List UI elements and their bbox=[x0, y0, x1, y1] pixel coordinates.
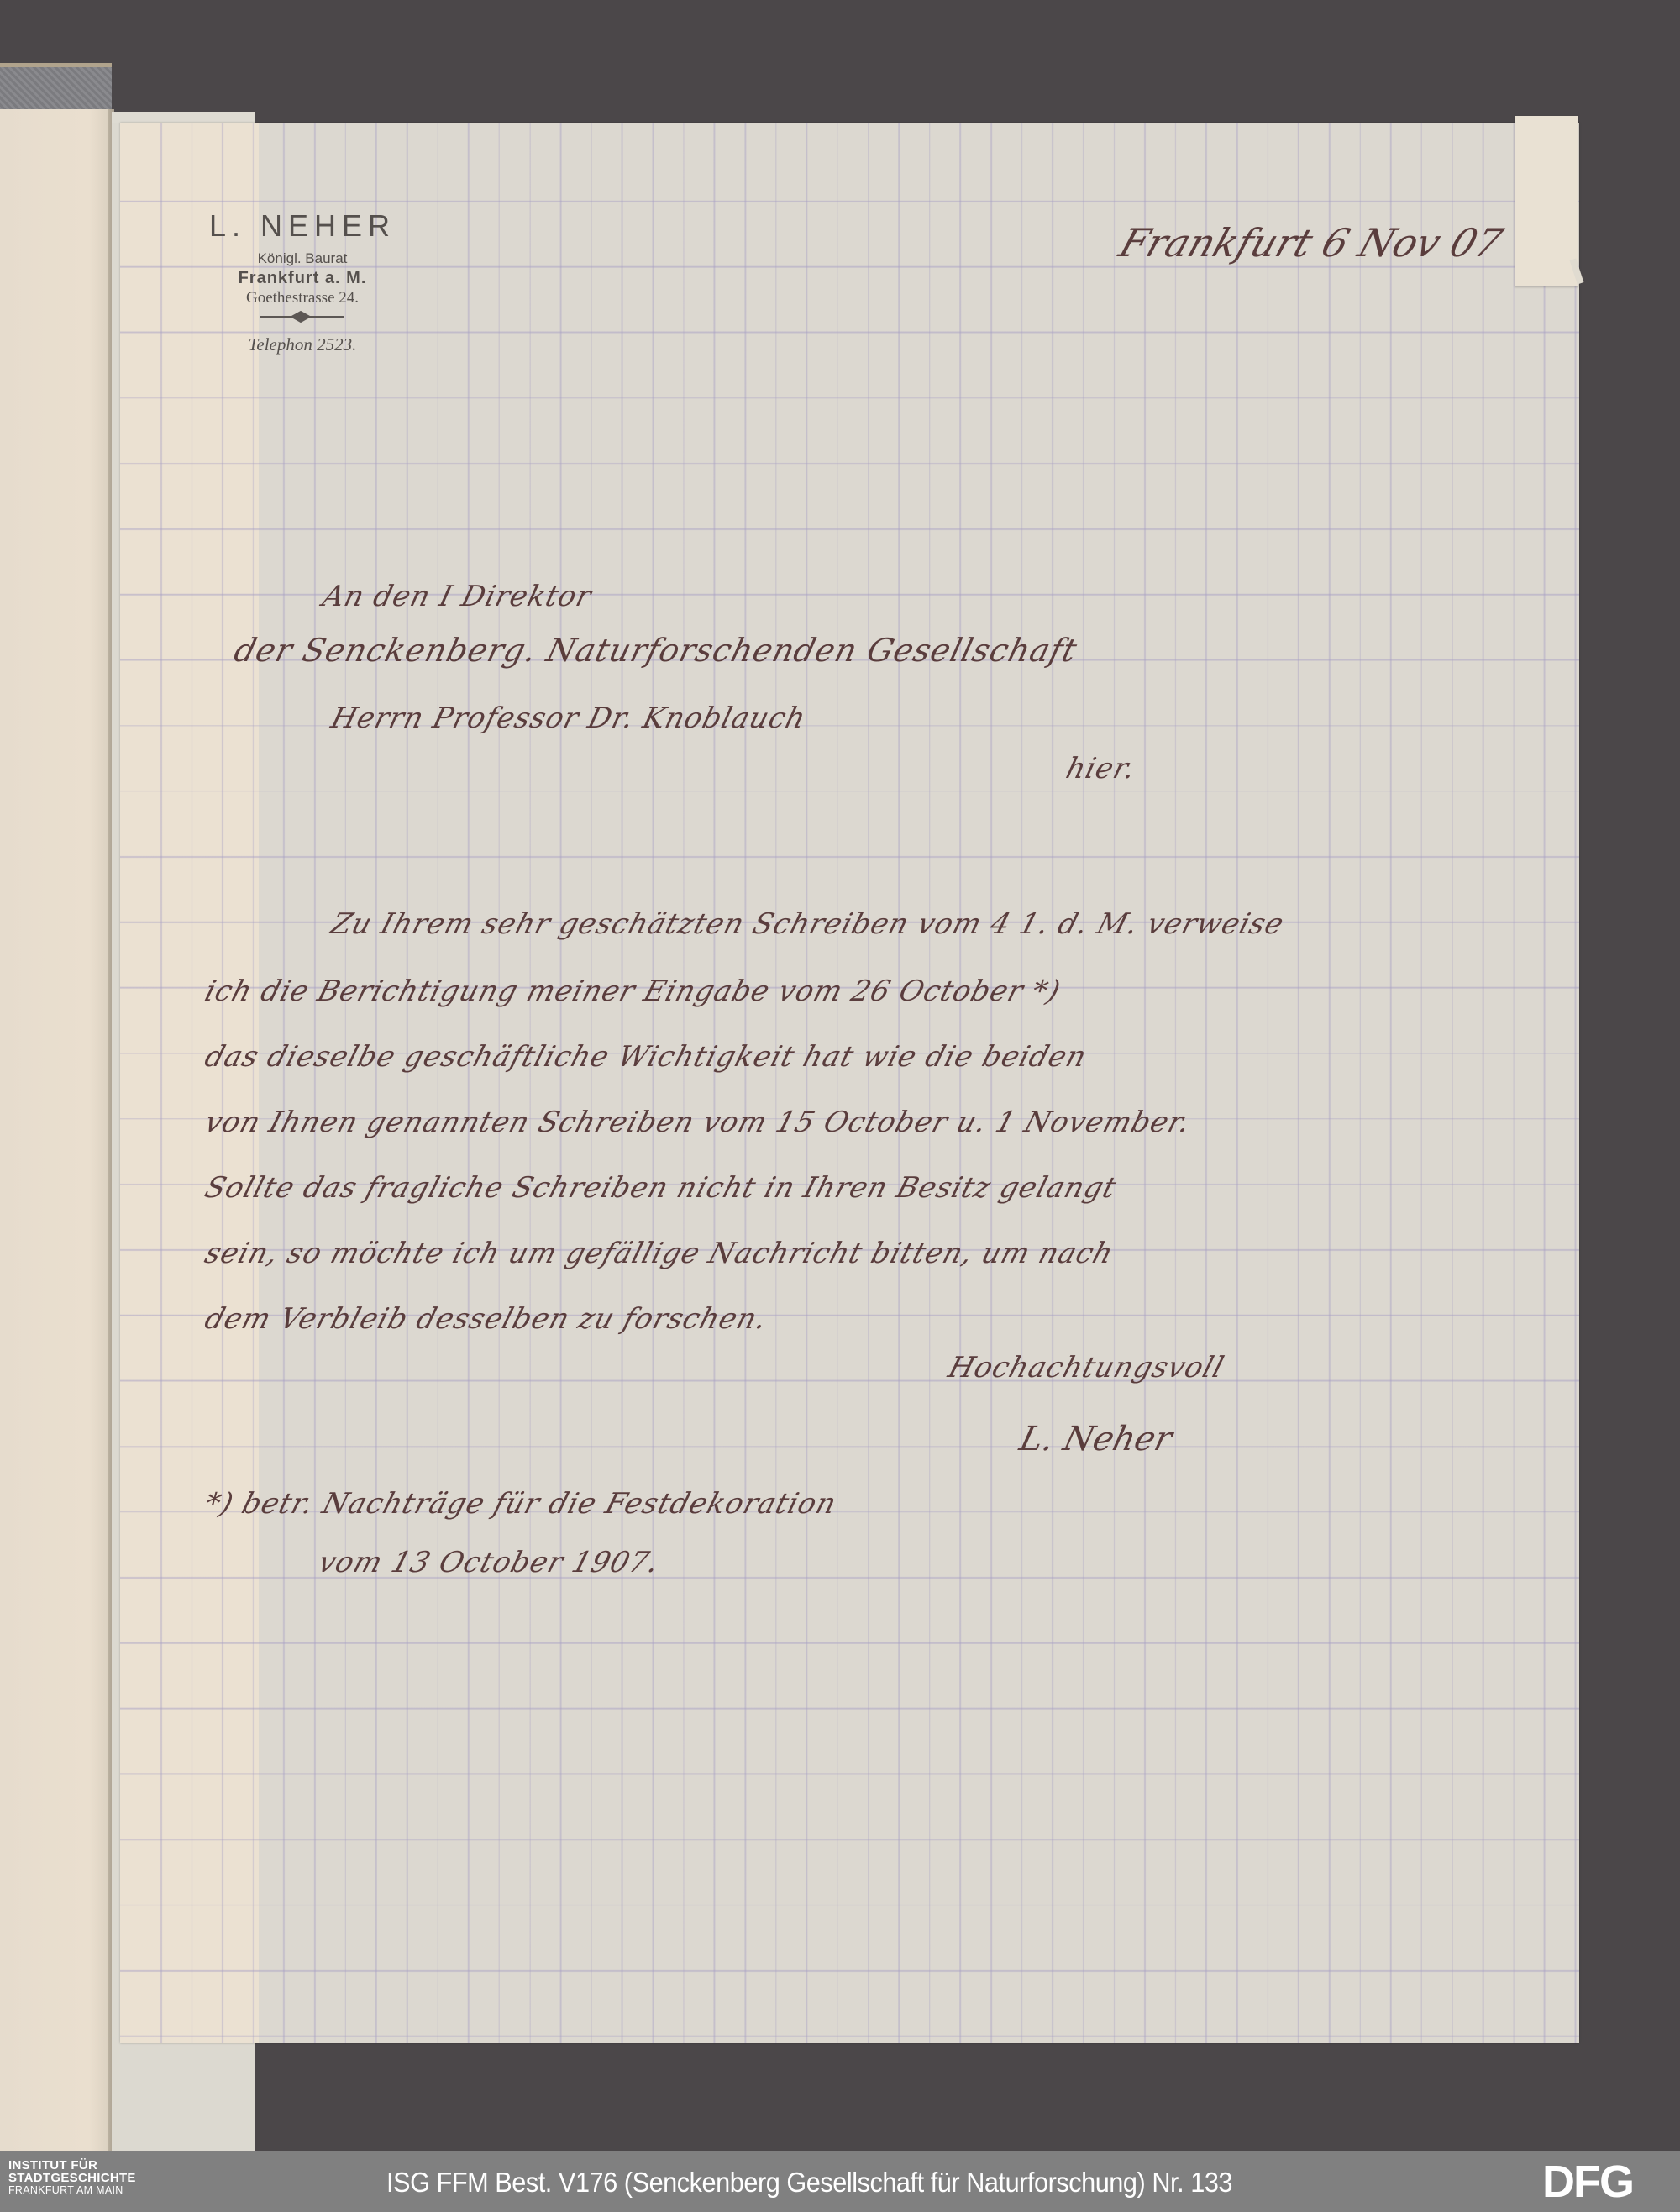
closing: Hochachtungsvoll bbox=[944, 1351, 1228, 1384]
footnote-line: vom 13 October 1907. bbox=[314, 1546, 664, 1579]
body-line: Sollte das fragliche Schreiben nicht in … bbox=[201, 1171, 1121, 1205]
letter-sheet bbox=[120, 123, 1579, 2043]
ornament-divider-icon bbox=[260, 316, 344, 318]
institution-line: STADTGESCHICHTE bbox=[8, 2172, 136, 2184]
archive-footer-bar: INSTITUT FÜR STADTGESCHICHTE FRANKFURT A… bbox=[0, 2151, 1680, 2212]
body-line: von Ihnen genannten Schreiben vom 15 Oct… bbox=[201, 1106, 1194, 1139]
dateline: Frankfurt 6 Nov 07 bbox=[1114, 220, 1508, 265]
backing-sheet-top bbox=[112, 112, 255, 123]
book-binding-cloth bbox=[0, 63, 112, 113]
body-line: Zu Ihrem sehr geschätzten Schreiben vom … bbox=[327, 907, 1288, 941]
address-line: Herrn Professor Dr. Knoblauch bbox=[328, 701, 810, 735]
left-book-page bbox=[0, 109, 112, 2151]
letterhead-city: Frankfurt a. M. bbox=[189, 269, 416, 288]
body-line: ich die Berichtigung meiner Eingabe vom … bbox=[201, 975, 1064, 1008]
institution-line: FRANKFURT AM MAIN bbox=[8, 2184, 136, 2197]
body-line: das dieselbe geschäftliche Wichtigkeit h… bbox=[201, 1040, 1090, 1074]
letterhead-street: Goethestrasse 24. bbox=[189, 289, 416, 307]
signature: L. Neher bbox=[1016, 1420, 1176, 1458]
address-line: hier. bbox=[1063, 752, 1139, 785]
letterhead-title: Königl. Baurat bbox=[189, 250, 416, 267]
institution-line: INSTITUT FÜR bbox=[8, 2159, 136, 2172]
address-line: der Senckenberg. Naturforschenden Gesell… bbox=[231, 632, 1082, 669]
ruled-grid bbox=[120, 123, 1579, 2043]
letterhead-telephone: Telephon 2523. bbox=[189, 334, 416, 355]
letterhead: L. NEHER Königl. Baurat Frankfurt a. M. … bbox=[189, 208, 416, 355]
letterhead-name: L. NEHER bbox=[189, 208, 416, 244]
shelfmark: ISG FFM Best. V176 (Senckenberg Gesellsc… bbox=[386, 2167, 1232, 2199]
dfg-logo-icon: DFG bbox=[1542, 2161, 1633, 2203]
body-line: dem Verbleib desselben zu forschen. bbox=[201, 1302, 771, 1336]
paper-flap bbox=[1515, 116, 1578, 286]
institution-logo: INSTITUT FÜR STADTGESCHICHTE FRANKFURT A… bbox=[8, 2159, 136, 2197]
footnote-line: *) betr. Nachträge für die Festdekoratio… bbox=[201, 1487, 841, 1521]
body-line: sein, so möchte ich um gefällige Nachric… bbox=[201, 1237, 1117, 1270]
address-line: An den I Direktor bbox=[319, 580, 596, 613]
